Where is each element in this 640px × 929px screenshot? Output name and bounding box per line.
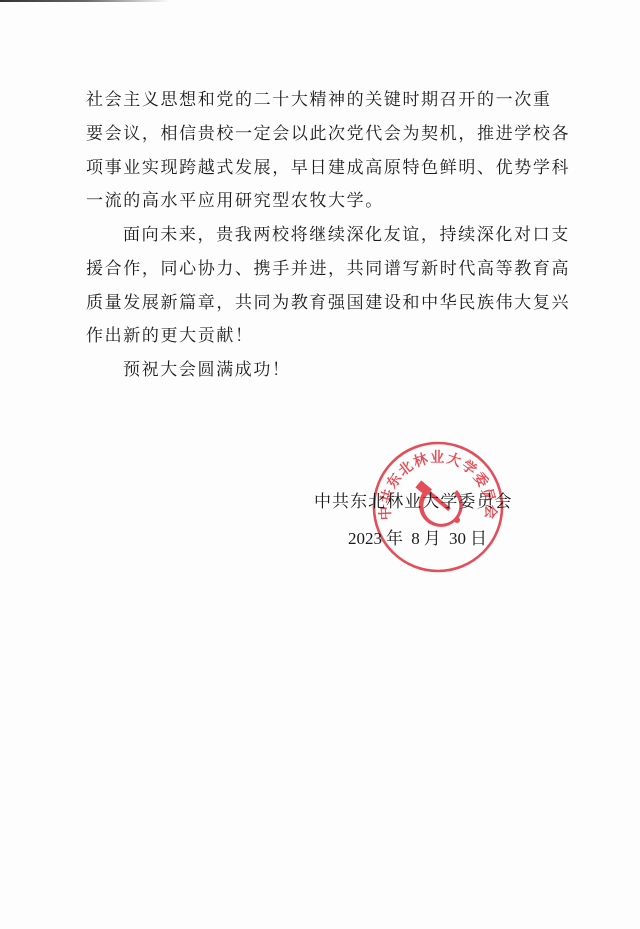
body-line: 援合作，同心协力、携手并进，共同谱写新时代高等教育高: [86, 253, 556, 287]
body-line: 作出新的更大贡献！: [86, 320, 556, 354]
body-line-closing-wish: 预祝大会圆满成功！: [86, 354, 556, 388]
body-line: 质量发展新篇章，共同为教育强国建设和中华民族伟大复兴: [86, 287, 556, 321]
body-line: 项事业实现跨越式发展，早日建成高原特色鲜明、优势学科: [86, 152, 556, 186]
date-day: 30: [449, 529, 466, 548]
letter-body: 社会主义思想和党的二十大精神的关键时期召开的一次重 要会议，相信贵校一定会以此次…: [86, 84, 556, 388]
date-year-unit: 年: [386, 529, 403, 548]
date-day-unit: 日: [470, 529, 487, 548]
signatory-organization: 中共东北林业大学委员会: [314, 490, 513, 514]
date-year: 2023: [348, 529, 382, 548]
date-month: 8: [411, 529, 420, 548]
date-month-unit: 月: [424, 529, 441, 548]
body-line: 要会议，相信贵校一定会以此次党代会为契机，推进学校各: [86, 118, 556, 152]
body-line-paragraph-start: 面向未来，贵我两校将继续深化友谊，持续深化对口支: [86, 219, 556, 253]
scan-edge-artifact: [0, 0, 170, 2]
body-line: 社会主义思想和党的二十大精神的关键时期召开的一次重: [86, 84, 556, 118]
document-date: 2023年 8月 30日: [348, 527, 491, 551]
body-line: 一流的高水平应用研究型农牧大学。: [86, 185, 556, 219]
